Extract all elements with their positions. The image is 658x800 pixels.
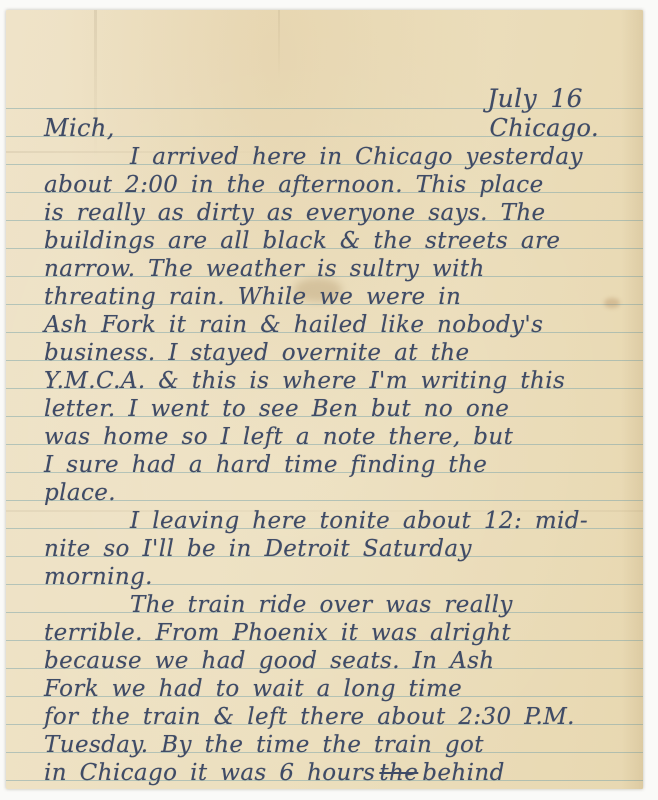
letter-paper: July 16 Chicago. Mich, I arrived here in… [6,10,643,789]
handwritten-line: is really as dirty as everyone says. The [44,198,632,226]
letter-body: I arrived here in Chicago yesterday abou… [44,142,632,786]
handwritten-line: nite so I'll be in Detroit Saturday [44,534,632,562]
letter-date: July 16 [487,84,583,113]
handwritten-line: threating rain. While we were in [44,282,632,310]
letter-salutation: Mich, [44,114,115,142]
fold-crease-vertical [278,10,280,80]
handwritten-line: for the train & left there about 2:30 P.… [44,702,632,730]
letter-city: Chicago. [490,114,599,142]
handwritten-line: narrow. The weather is sultry with [44,254,632,282]
handwritten-line: terrible. From Phoenix it was alright [44,618,632,646]
handwritten-line: I arrived here in Chicago yesterday [44,142,632,170]
handwritten-line: I leaving here tonite about 12: mid- [44,506,632,534]
handwritten-line: place. [44,478,632,506]
handwritten-line: because we had good seats. In Ash [44,646,632,674]
handwritten-line-with-strikeout: in Chicago it was 6 hours the behind [44,758,632,786]
handwritten-line: Tuesday. By the time the train got [44,730,632,758]
handwritten-line: about 2:00 in the afternoon. This place [44,170,632,198]
handwritten-line: was home so I left a note there, but [44,422,632,450]
handwritten-line: business. I stayed overnite at the [44,338,632,366]
handwritten-line: I sure had a hard time finding the [44,450,632,478]
handwritten-line: Fork we had to wait a long time [44,674,632,702]
handwritten-line: buildings are all black & the streets ar… [44,226,632,254]
handwritten-line: Ash Fork it rain & hailed like nobody's [44,310,632,338]
scanned-letter-page: { "theme": { "background": "#fafaf8", "p… [0,0,658,800]
line-text-pre: in Chicago it was 6 hours [44,760,375,786]
handwritten-line: The train ride over was really [44,590,632,618]
handwritten-line: letter. I went to see Ben but no one [44,394,632,422]
handwritten-line: morning. [44,562,632,590]
struck-out-word: the [379,760,418,786]
line-text-post: behind [422,760,504,786]
handwritten-line: Y.M.C.A. & this is where I'm writing thi… [44,366,632,394]
